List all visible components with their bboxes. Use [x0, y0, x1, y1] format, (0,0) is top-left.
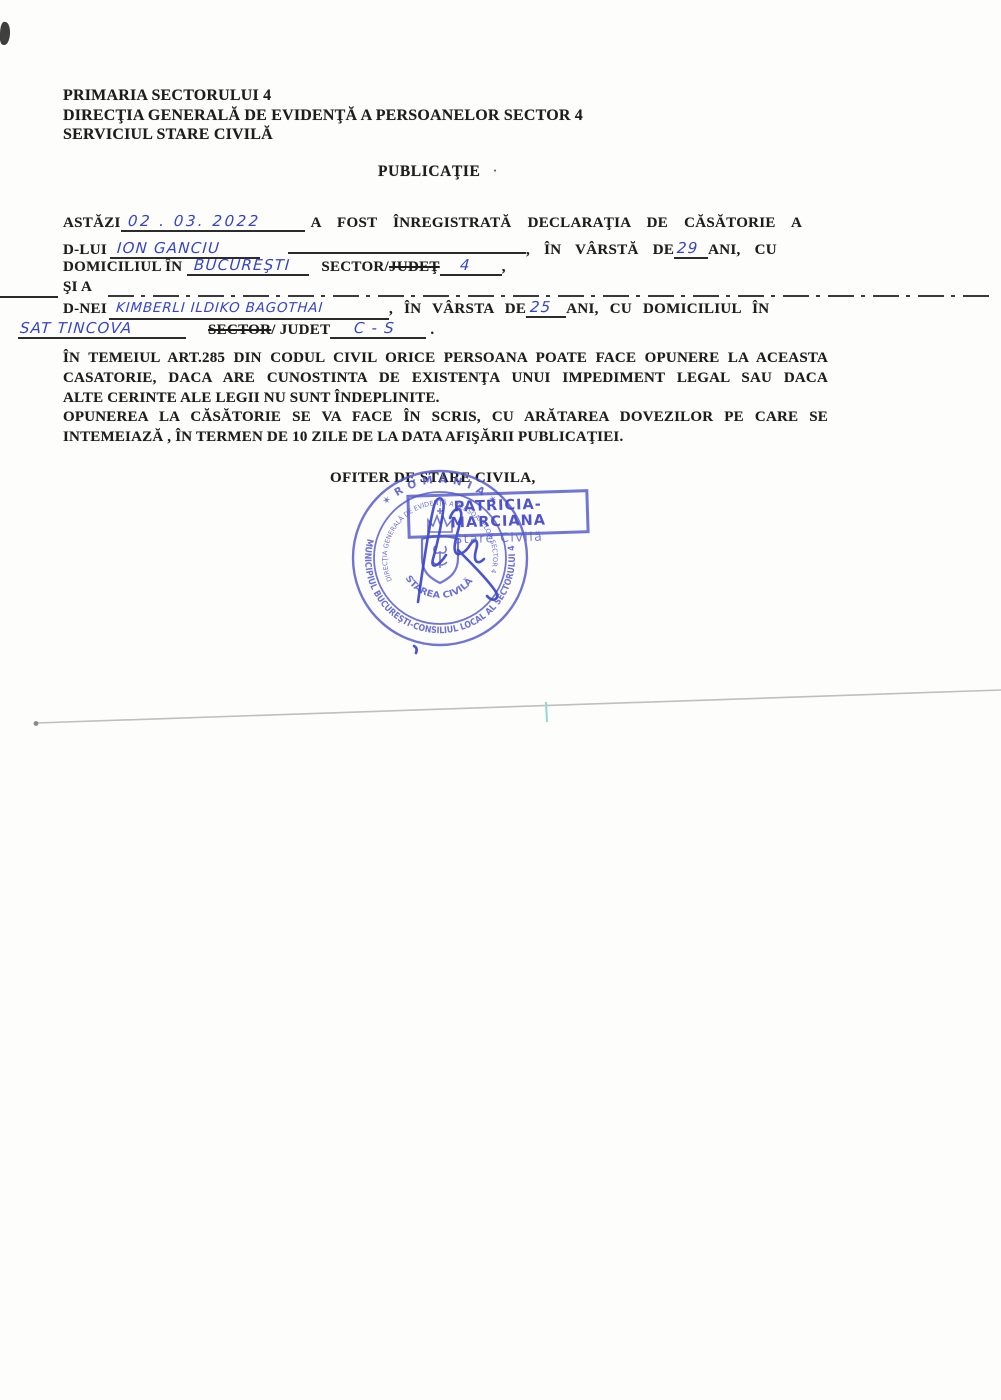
- bride-city-handwritten: SAT TINCOVA: [19, 319, 133, 337]
- paper-edge-dot: [34, 721, 39, 726]
- sector-judet-label: SECTOR/: [321, 259, 389, 275]
- legal-line: OPUNEREA LA CĂSĂTORIE SE VA FACE ÎN SCRI…: [63, 408, 828, 428]
- document-title: PUBLICAŢIE: [378, 163, 480, 180]
- judet-struck-label: JUDEŢ: [389, 259, 440, 275]
- date-field: 02 . 03. 2022: [121, 213, 305, 232]
- legal-line: CASATORIE, DACA ARE CUNOSTINTA DE EXISTE…: [63, 369, 828, 389]
- groom-label: D-LUI: [63, 242, 107, 258]
- groom-sector-handwritten: 4: [459, 256, 471, 274]
- legal-paragraph: ÎN TEMEIUL ART.285 DIN CODUL CIVIL ORICE…: [63, 349, 828, 448]
- form-line-si-a: ŞI A: [63, 279, 92, 296]
- varsta-label: , ÎN VÂRSTĂ DE: [526, 242, 674, 258]
- bride-city-field: SAT TINCOVA: [18, 320, 186, 339]
- form-line-date: ASTĂZI02 . 03. 2022A FOST ÎNREGISTRATĂ D…: [63, 213, 802, 232]
- judet-label: / JUDET: [271, 322, 330, 338]
- svg-text:STAREA CIVILĂ: STAREA CIVILĂ: [403, 574, 476, 601]
- form-line-bride: D-NEIKIMBERLI ILDIKO BAGOTHAI, ÎN VÂRSTA…: [63, 299, 769, 320]
- legal-line: INTEMEIAZĂ , ÎN TERMEN DE 10 ZILE DE LA …: [63, 428, 828, 448]
- legal-line: ÎN TEMEIUL ART.285 DIN CODUL CIVIL ORICE…: [63, 349, 828, 369]
- bride-age-handwritten: 25: [530, 298, 553, 316]
- stamp-civil-status-text: STAREA CIVILĂ: [403, 574, 476, 601]
- si-a-label: ŞI A: [63, 279, 92, 295]
- document-title-row: PUBLICAŢIE·: [378, 163, 498, 181]
- groom-city-handwritten: BUCUREŞTI: [194, 256, 292, 274]
- paper-edge-line: [36, 690, 1001, 723]
- groom-age-field: 29: [674, 240, 708, 259]
- bride-county-field: C - S: [330, 320, 426, 339]
- form-line-bride-domicile: SAT TINCOVASECTOR/ JUDETC - S.: [18, 320, 434, 339]
- form-line-groom: D-LUIION GANCIU, ÎN VÂRSTĂ DE29ANI, CU: [63, 235, 777, 259]
- ani-cu-label: ANI, CU: [708, 242, 777, 258]
- scanner-cyan-tick: [546, 702, 547, 722]
- ani-cu-dom-label: ANI, CU DOMICILIUL ÎN: [566, 301, 769, 317]
- paper-edge-artifact: [0, 684, 1001, 739]
- officer-name-stamp: PATRICIA-MARCIANA Stare Civilă: [406, 489, 589, 539]
- groom-age-handwritten: 29: [677, 239, 700, 257]
- round-official-stamp: ✶ R O M Â N I A ✶ MUNICIPIUL BUCUREŞTI-C…: [340, 456, 550, 671]
- bride-label: D-NEI: [63, 301, 107, 317]
- bride-age-field: 25: [526, 299, 566, 318]
- document-header: PRIMARIA SECTORULUI 4 DIRECŢIA GENERALĂ …: [63, 86, 583, 145]
- groom-sector-field: 4: [440, 257, 502, 276]
- header-service: SERVICIUL STARE CIVILĂ: [63, 125, 583, 145]
- title-stray-dot: ·: [492, 163, 498, 180]
- empty-field: [288, 235, 526, 254]
- groom-name-handwritten: ION GANCIU: [116, 239, 220, 257]
- registered-declaration-text: A FOST ÎNREGISTRATĂ DECLARAŢIA DE CĂSĂTO…: [311, 215, 802, 231]
- astazi-label: ASTĂZI: [63, 215, 121, 231]
- bride-name-field: KIMBERLI ILDIKO BAGOTHAI: [109, 301, 389, 320]
- scanned-marriage-publication-document: PRIMARIA SECTORULUI 4 DIRECŢIA GENERALĂ …: [0, 0, 1001, 1400]
- bride-county-handwritten: C - S: [354, 319, 396, 337]
- long-blank-rule: [108, 295, 992, 297]
- sector-struck-label: SECTOR: [208, 322, 271, 338]
- groom-city-field: BUCUREŞTI: [187, 257, 309, 276]
- header-directorate: DIRECŢIA GENERALĂ DE EVIDENŢĂ A PERSOANE…: [63, 106, 583, 126]
- form-line-groom-domicile: DOMICILIUL ÎNBUCUREŞTISECTOR/JUDEŢ4,: [63, 257, 506, 276]
- scan-artifact-mark: [0, 22, 11, 46]
- varsta2-label: , ÎN VÂRSTA DE: [389, 301, 526, 317]
- legal-line: ALTE CERINTE ALE LEGII NU SUNT ÎNDEPLINI…: [63, 389, 828, 409]
- domiciliul-label: DOMICILIUL ÎN: [63, 259, 182, 275]
- header-institution: PRIMARIA SECTORULUI 4: [63, 86, 583, 106]
- date-handwritten-value: 02 . 03. 2022: [127, 212, 261, 230]
- left-margin-rule: [0, 296, 58, 298]
- comma-mark: ,: [502, 259, 506, 275]
- bride-name-handwritten: KIMBERLI ILDIKO BAGOTHAI: [115, 300, 323, 316]
- period-mark: .: [430, 322, 434, 338]
